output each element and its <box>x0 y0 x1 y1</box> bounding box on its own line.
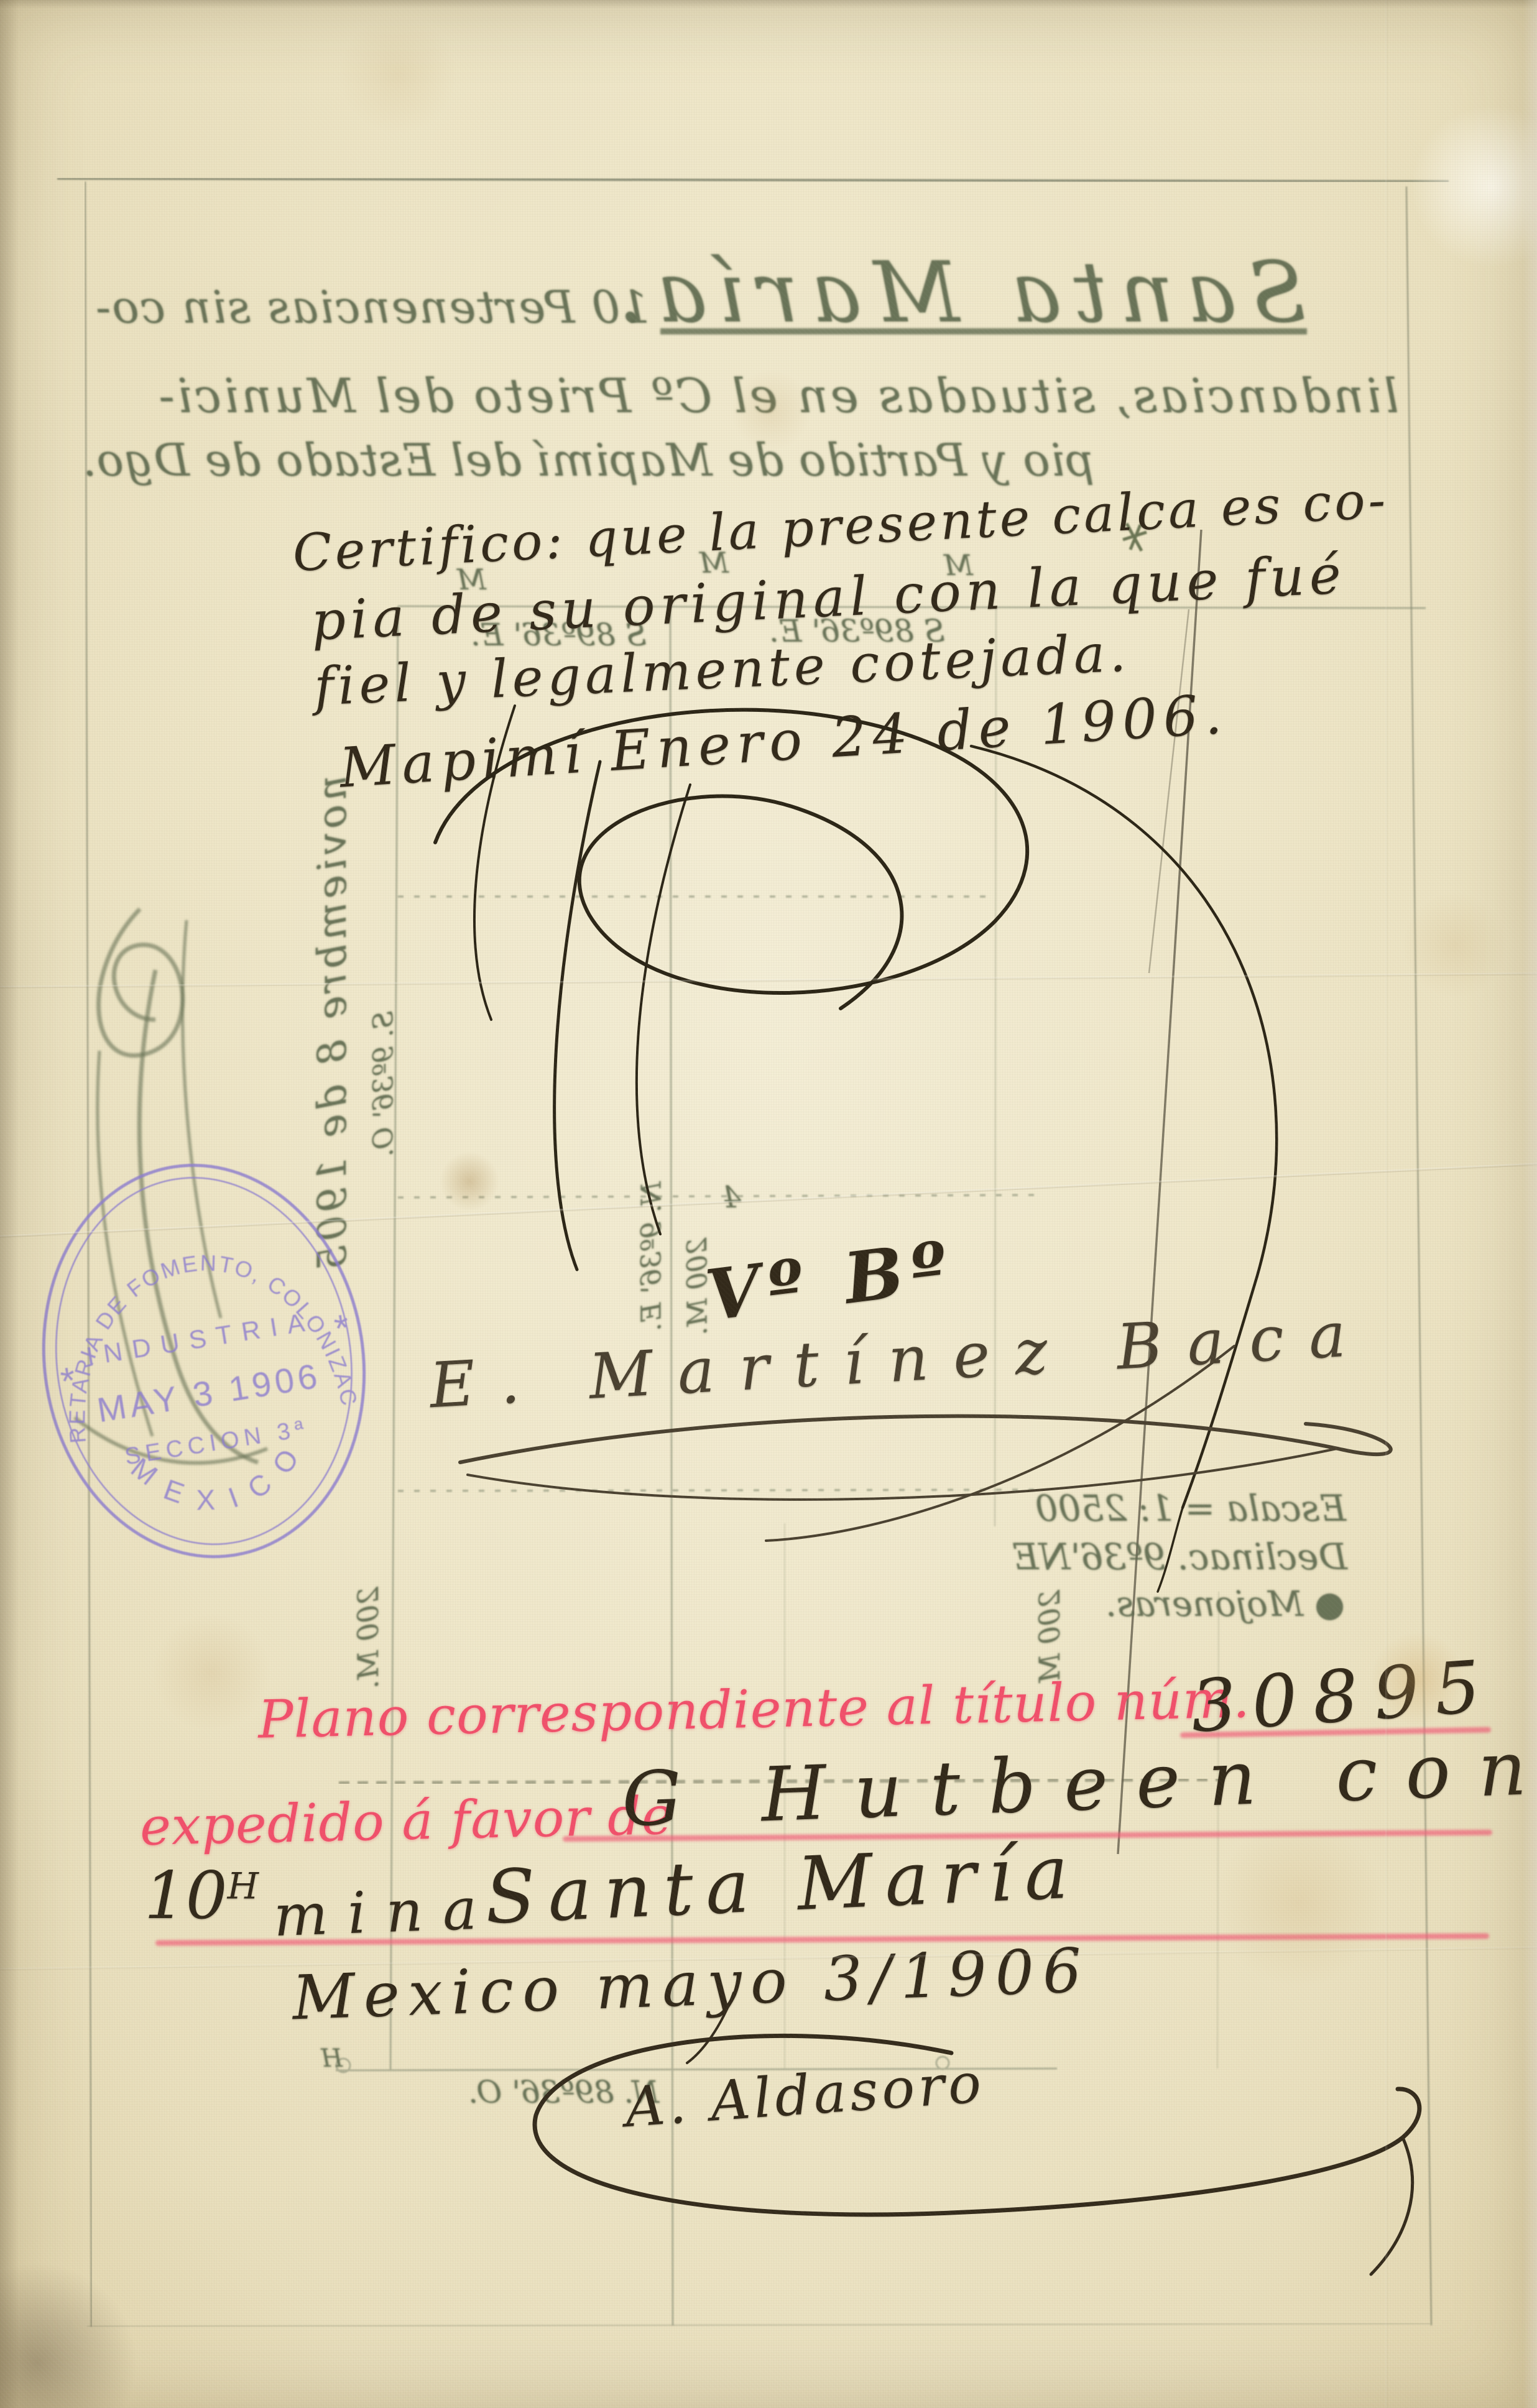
scale-mojoneras: ● Mojoneras. <box>1012 1584 1345 1625</box>
scale-escala: Escala = 1: 2500 <box>1020 1487 1346 1529</box>
plan-tick-number: 4 <box>710 1180 741 1215</box>
pertenencias-value: 10H <box>144 1858 259 1934</box>
mojonera-dot-icon: ● <box>1314 1584 1345 1625</box>
title-line2: lindancias, situadas en el Cº Prieto del… <box>137 368 1399 423</box>
scale-declinacion: Declinac. 9º36'NE <box>990 1536 1347 1578</box>
mine-title-underline <box>660 328 1307 334</box>
fold-crease-vertical <box>1385 0 1388 2408</box>
pertenencias-unit: H <box>228 1865 259 1907</box>
mojoneras-label: Mojoneras. <box>1105 1584 1303 1625</box>
oval-stamp: SECRETARIA DE FOMENTO, COLONIZACION INDU… <box>6 1134 402 1589</box>
title-line1-rest: 10 Pertenencias sin co- <box>115 281 650 333</box>
plan-corner-label-h: H <box>314 2044 343 2073</box>
title-line3: pio y Partido de Mapimí del Estado de Dg… <box>143 434 1094 486</box>
form-line2-label: expedido á favor de <box>139 1785 673 1857</box>
mine-title-name: Santa María. <box>663 244 1306 341</box>
plan-bearing-left: S. 9º36' O. <box>368 1011 400 1191</box>
pertenencias-number: 10 <box>144 1858 228 1934</box>
scanned-document-sheet: Santa María. 10 Pertenencias sin co- lin… <box>0 0 1537 2408</box>
